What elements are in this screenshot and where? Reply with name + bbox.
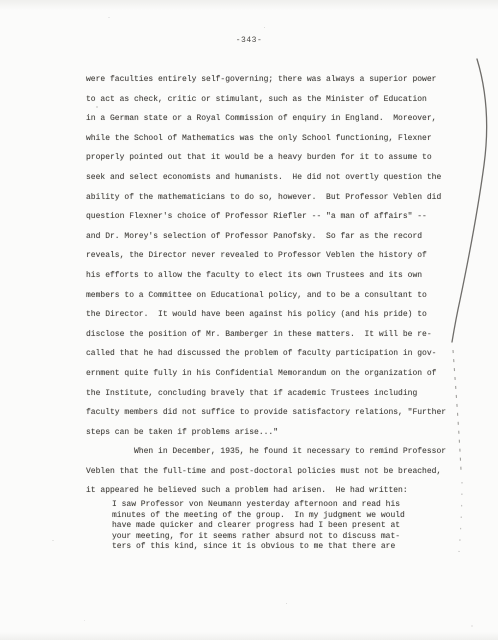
text-line: ability of the mathematicians to do so, … (86, 188, 446, 208)
page-number: -343- (0, 36, 498, 45)
scan-speck (96, 106, 98, 108)
scan-speck (471, 625, 473, 627)
text-line: minutes of the meeting of the group. In … (112, 511, 405, 522)
text-line: question Flexner's choice of Professor R… (86, 207, 446, 227)
text-line: the Director. It would have been against… (86, 305, 446, 325)
text-line: were faculties entirely self-governing; … (86, 70, 446, 90)
scan-speck (286, 603, 287, 604)
text-line: ters of this kind, since it is obvious t… (112, 542, 405, 553)
text-line: members to a Committee on Educational po… (86, 286, 446, 306)
text-line: disclose the position of Mr. Bamberger i… (86, 325, 446, 345)
text-line: called that he had discussed the problem… (86, 344, 446, 364)
text-line: the Institute, concluding bravely that i… (86, 384, 446, 404)
scan-speck (264, 27, 265, 28)
scan-speck (108, 17, 110, 18)
text-line: his efforts to allow the faculty to elec… (86, 266, 446, 286)
text-line: seek and select economists and humanists… (86, 168, 446, 188)
text-line: properly pointed out that it would be a … (86, 148, 446, 168)
text-line: it appeared he believed such a problem h… (86, 481, 446, 501)
text-line: have made quicker and clearer progress h… (112, 521, 405, 532)
text-line: When in December, 1935, he found it nece… (86, 442, 446, 462)
paragraph-main: were faculties entirely self-governing; … (86, 70, 446, 442)
text-line: Veblen that the full-time and post-docto… (86, 462, 446, 482)
scan-speck (84, 620, 85, 621)
text-line: ernment quite fully in his Confidential … (86, 364, 446, 384)
block-quote: I saw Professor von Neumann yesterday af… (112, 500, 405, 553)
text-line: and Dr. Morey's selection of Professor P… (86, 227, 446, 247)
scan-speck (52, 540, 54, 541)
text-line: your meeting, for it seems rather absurd… (112, 532, 405, 543)
text-line: while the School of Mathematics was the … (86, 129, 446, 149)
document-page: -343- were faculties entirely self-gover… (0, 0, 498, 640)
text-line: reveals, the Director never revealed to … (86, 246, 446, 266)
text-line: in a German state or a Royal Commission … (86, 109, 446, 129)
text-line: faculty members did not suffice to provi… (86, 403, 446, 423)
paragraph-second: When in December, 1935, he found it nece… (86, 442, 446, 501)
text-line: steps can be taken if problems arise..." (86, 423, 446, 443)
text-line: I saw Professor von Neumann yesterday af… (112, 500, 405, 511)
text-line: to act as check, critic or stimulant, su… (86, 90, 446, 110)
